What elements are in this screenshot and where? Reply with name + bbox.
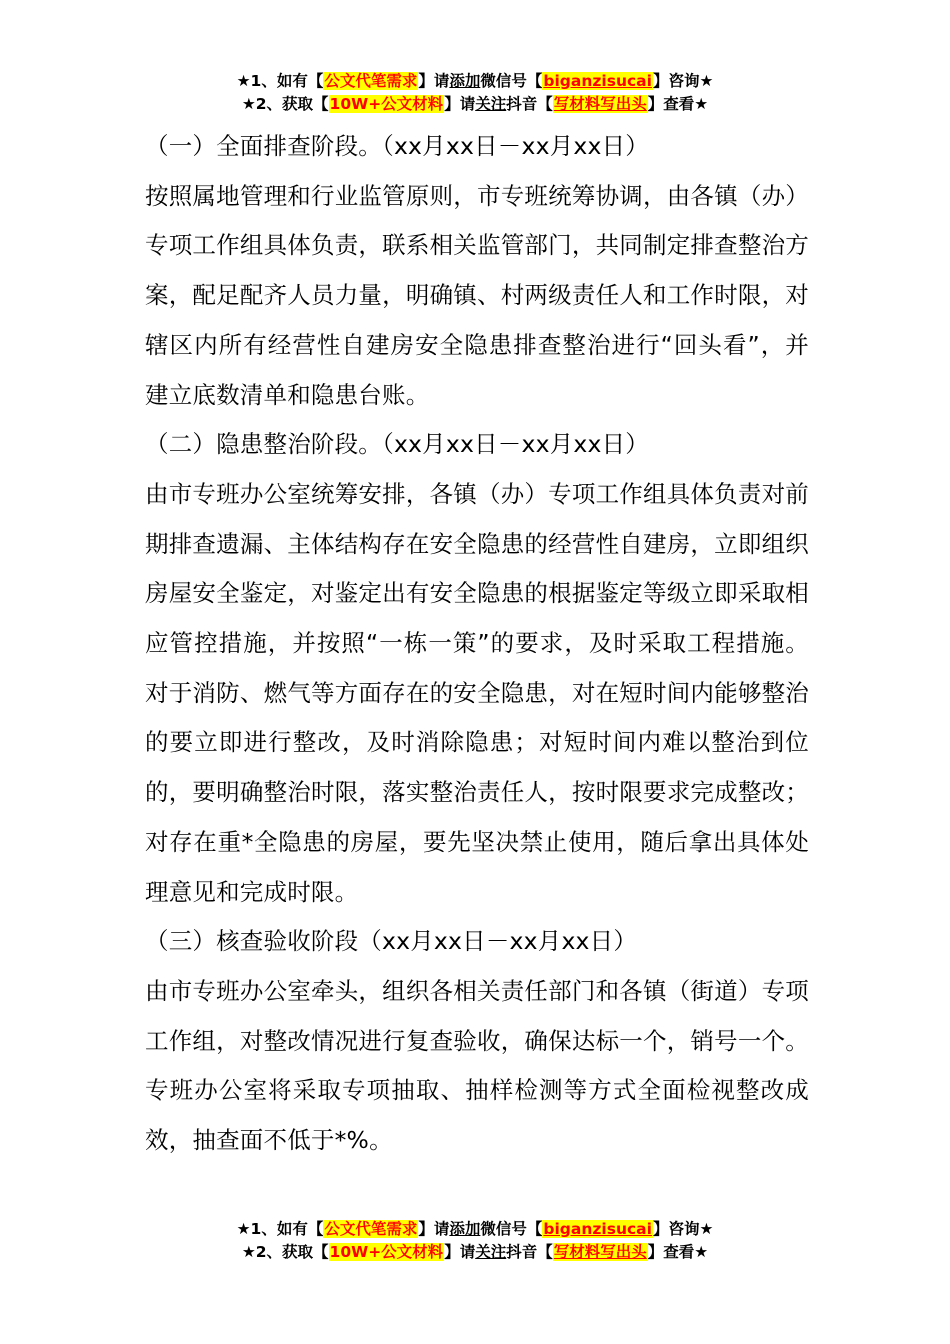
- highlight-wechat-id: biganzisucai: [542, 1220, 653, 1238]
- underlined-text: 添加: [449, 1220, 480, 1238]
- banner-line-2: ★2、获取【10W+公文材料】请关注抖音【写材料写出头】查看★: [0, 93, 950, 116]
- underlined-text: 添加: [449, 72, 480, 90]
- section-heading-1: （一）全面排查阶段。（xx月xx日－xx月xx日）: [145, 122, 809, 172]
- highlight-materials: 10W+公文材料: [329, 1243, 445, 1261]
- highlight-service: 公文代笔需求: [323, 1220, 418, 1238]
- highlight-wechat-id: biganzisucai: [542, 72, 653, 90]
- section-body-3: 由市专班办公室牵头，组织各相关责任部门和各镇（街道）专项工作组，对整改情况进行复…: [145, 967, 809, 1166]
- banner-text: 】查看★: [648, 95, 708, 113]
- document-body: （一）全面排查阶段。（xx月xx日－xx月xx日） 按照属地管理和行业监管原则，…: [145, 122, 809, 1166]
- banner-text: 抖音【: [506, 95, 553, 113]
- section-heading-2: （二）隐患整治阶段。（xx月xx日－xx月xx日）: [145, 420, 809, 470]
- banner-text: ★1、如有【: [237, 72, 324, 90]
- highlight-materials: 10W+公文材料: [329, 95, 445, 113]
- banner-text: 】咨询★: [653, 1220, 713, 1238]
- banner-text: 微信号【: [480, 72, 542, 90]
- banner-line-1: ★1、如有【公文代笔需求】请添加微信号【biganzisucai】咨询★: [0, 1218, 950, 1241]
- banner-text: 】咨询★: [653, 72, 713, 90]
- banner-text: 微信号【: [480, 1220, 542, 1238]
- section-heading-3: （三）核查验收阶段（xx月xx日－xx月xx日）: [145, 917, 809, 967]
- banner-text: ★2、获取【: [242, 1243, 329, 1261]
- banner-line-2: ★2、获取【10W+公文材料】请关注抖音【写材料写出头】查看★: [0, 1241, 950, 1264]
- banner-text: ★1、如有【: [237, 1220, 324, 1238]
- banner-text: 】请: [418, 1220, 449, 1238]
- banner-text: 抖音【: [506, 1243, 553, 1261]
- highlight-douyin-account: 写材料写出头: [553, 95, 648, 113]
- banner-text: 】请: [444, 95, 475, 113]
- section-body-2: 由市专班办公室统筹安排，各镇（办）专项工作组具体负责对前期排查遗漏、主体结构存在…: [145, 470, 809, 917]
- banner-text: ★2、获取【: [242, 95, 329, 113]
- highlight-service: 公文代笔需求: [323, 72, 418, 90]
- banner-line-1: ★1、如有【公文代笔需求】请添加微信号【biganzisucai】咨询★: [0, 70, 950, 93]
- underlined-text: 关注: [475, 1243, 506, 1261]
- banner-text: 】查看★: [648, 1243, 708, 1261]
- footer-banner: ★1、如有【公文代笔需求】请添加微信号【biganzisucai】咨询★ ★2、…: [0, 1218, 950, 1264]
- header-banner: ★1、如有【公文代笔需求】请添加微信号【biganzisucai】咨询★ ★2、…: [0, 70, 950, 116]
- banner-text: 】请: [444, 1243, 475, 1261]
- underlined-text: 关注: [475, 95, 506, 113]
- highlight-douyin-account: 写材料写出头: [553, 1243, 648, 1261]
- section-body-1: 按照属地管理和行业监管原则，市专班统筹协调，由各镇（办）专项工作组具体负责，联系…: [145, 172, 809, 421]
- banner-text: 】请: [418, 72, 449, 90]
